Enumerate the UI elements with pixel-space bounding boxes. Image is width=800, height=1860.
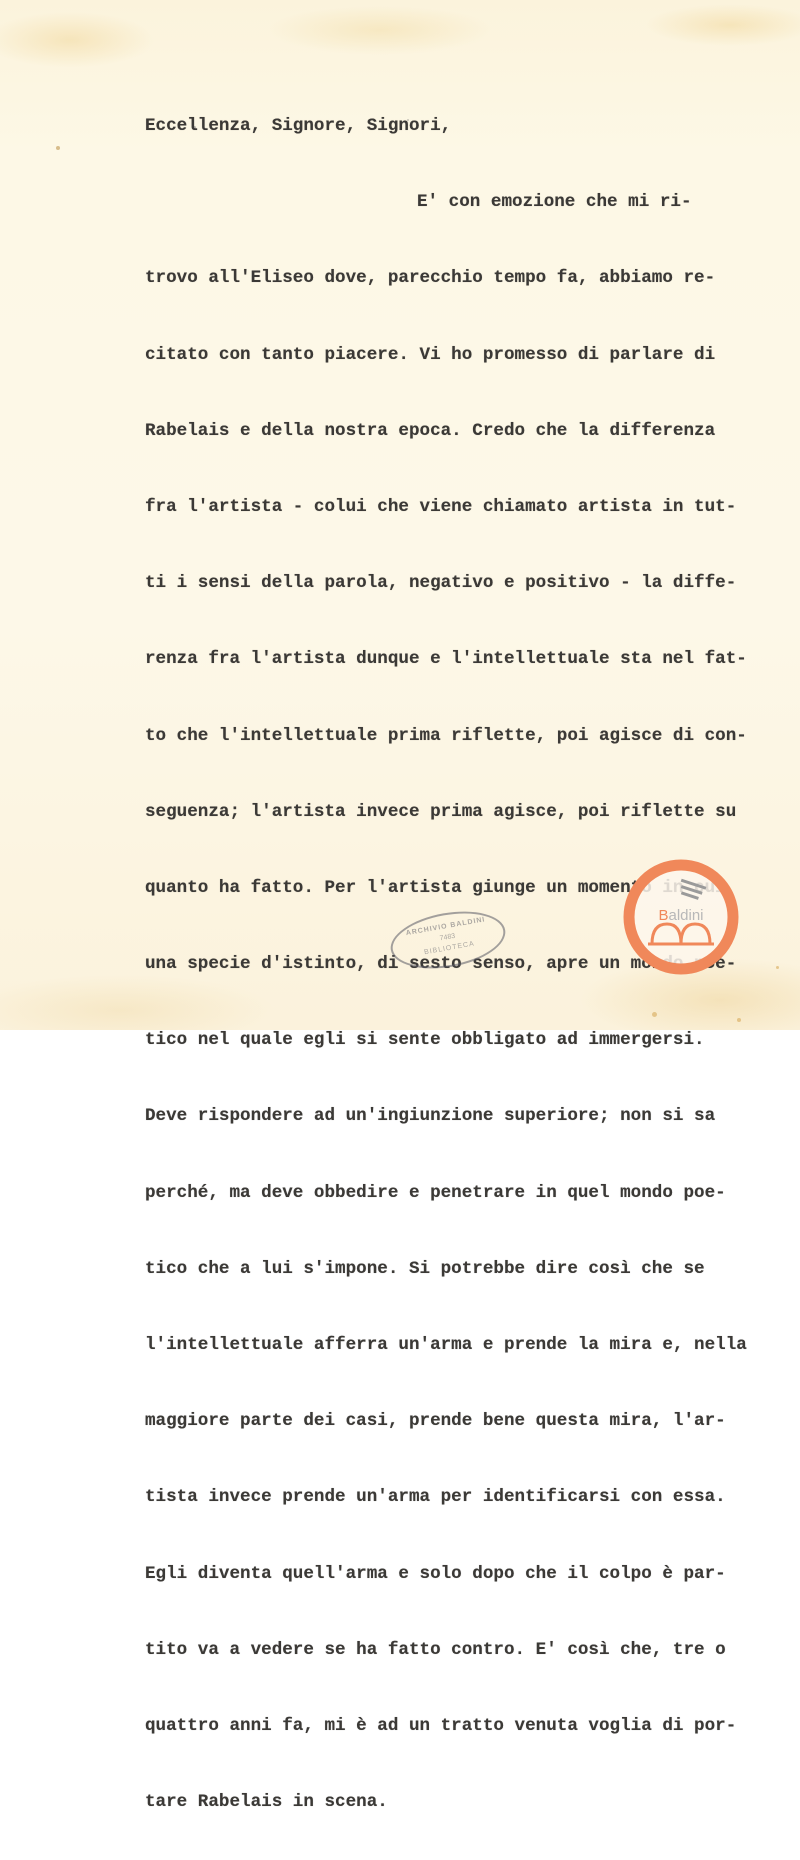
salutation: Eccellenza, Signore, Signori, [145,108,747,144]
text-line: E' con emozione che mi ri- [145,184,747,220]
baldini-logo-watermark: Baldini [622,858,740,976]
text-line: seguenza; l'artista invece prima agisce,… [145,794,747,830]
text-line: to che l'intellettuale prima riflette, p… [145,718,747,754]
paper-speck [776,966,779,969]
text-line: citato con tanto piacere. Vi ho promesso… [145,337,747,373]
text-line: trovo all'Eliseo dove, parecchio tempo f… [145,260,747,296]
text-line: ti i sensi della parola, negativo e posi… [145,565,747,601]
text-line: renza fra l'artista dunque e l'intellett… [145,641,747,677]
text-line: tico nel quale egli si sente obbligato a… [145,1022,747,1035]
document-page: Eccellenza, Signore, Signori, E' con emo… [0,0,800,1030]
logo-brand-text: Baldini [658,907,703,924]
baldini-book-icon: Baldini [622,858,740,976]
text-line: Rabelais e della nostra epoca. Credo che… [145,413,747,449]
paper-speck [56,146,60,150]
text-line: fra l'artista - colui che viene chiamato… [145,489,747,525]
